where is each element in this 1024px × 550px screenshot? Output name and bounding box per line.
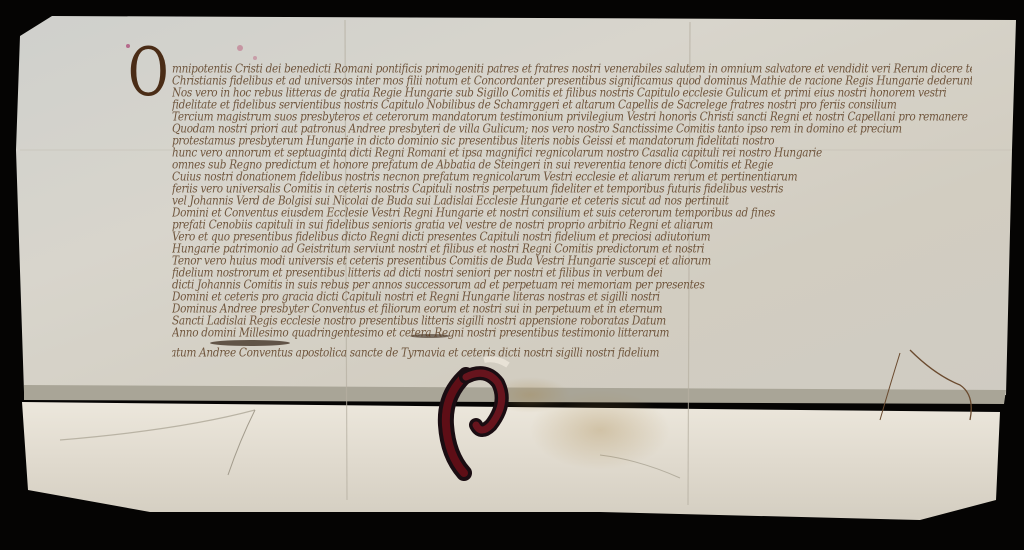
text-line-final: Datum Andree Conventus apostolica sancte…	[172, 346, 659, 360]
charter-photograph: O mnipotentis Cristi dei benedicti Roman…	[0, 0, 1024, 550]
charter-text-body: mnipotentis Cristi dei benedicti Romani …	[172, 62, 972, 362]
decorated-initial-o: O	[128, 40, 169, 106]
notarial-flourish	[760, 345, 990, 425]
text-line: Anno domini Millesimo quadringentesimo e…	[172, 326, 669, 340]
seal-cord	[436, 355, 526, 485]
